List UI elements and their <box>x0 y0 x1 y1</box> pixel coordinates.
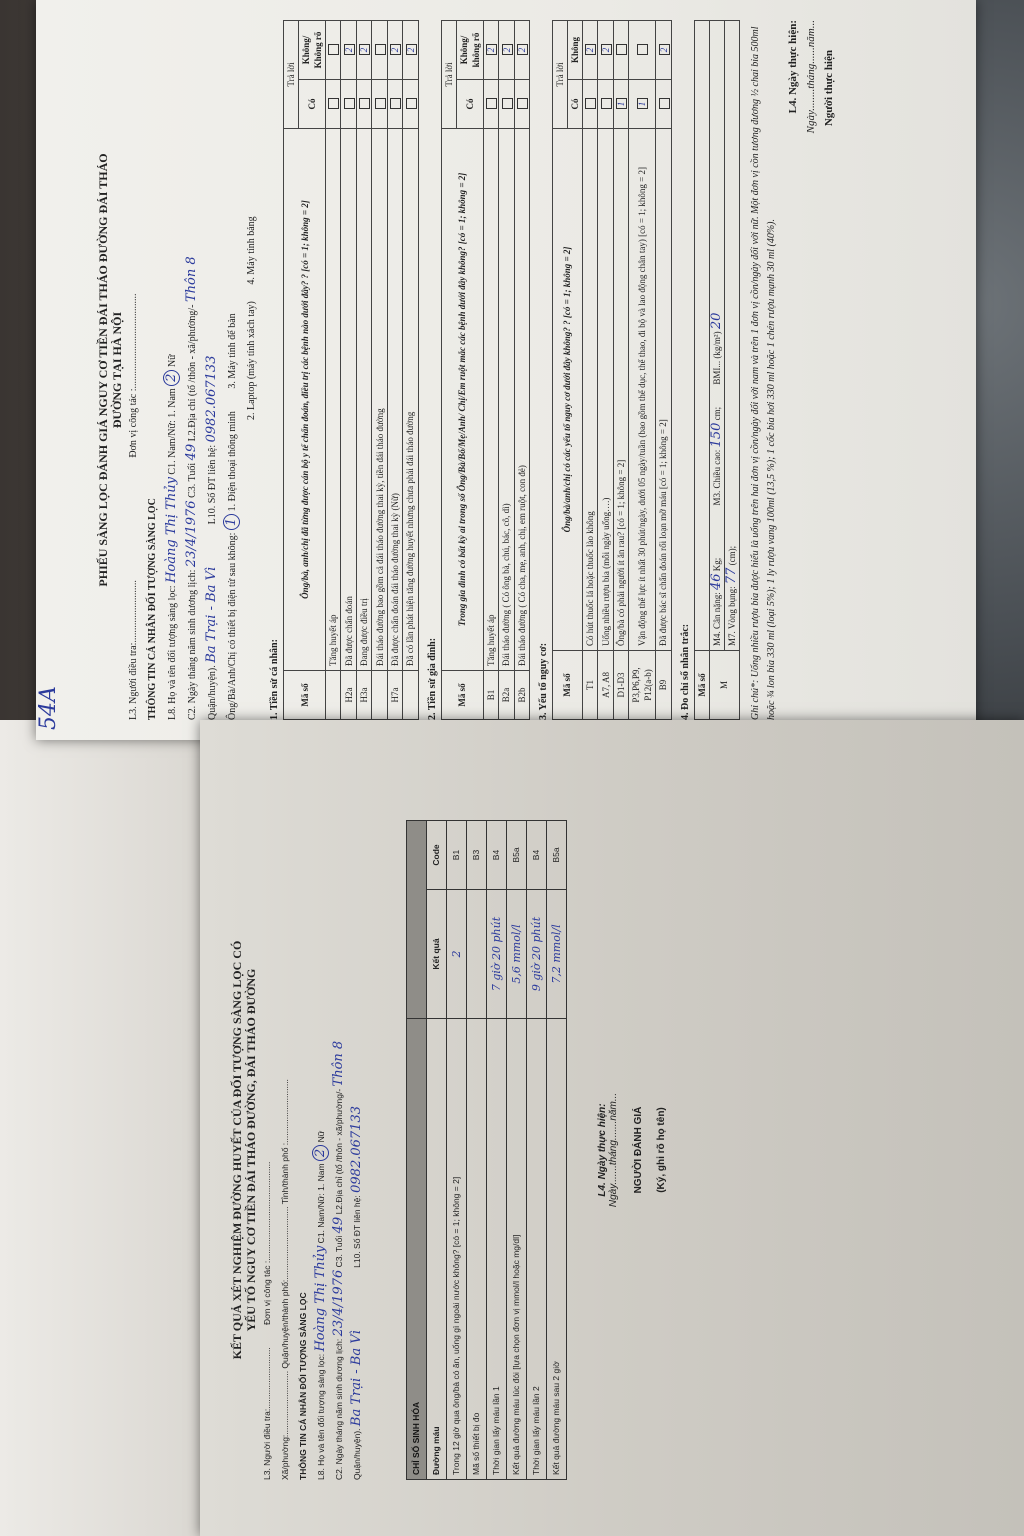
form-b-title: KẾT QUẢ XÉT NGHIỆM ĐƯỜNG HUYẾT CỦA ĐỐI T… <box>230 820 258 1480</box>
personal-info-heading: THÔNG TIN CÁ NHÂN ĐỐI TƯỢNG SÀNG LỌC <box>143 20 162 720</box>
district-row: Quận/huyện). Ba Trại - Ba Vì L10. Số ĐT … <box>202 20 222 720</box>
no-checkbox[interactable]: 2 <box>601 45 612 56</box>
form-title: PHIẾU SÀNG LỌC ĐÁNH GIÁ NGUY CƠ TIỀN ĐÁI… <box>96 20 124 720</box>
biochemistry-table: CHỈ SỐ SINH HÓA Đường máu Kết quả Code T… <box>406 820 567 1480</box>
form-b-info-heading: THÔNG TIN CÁ NHÂN ĐỐI TƯỢNG SÀNG LỌC <box>294 820 312 1480</box>
no-checkbox[interactable]: 2 <box>406 45 417 56</box>
background-paper-stack <box>0 720 230 1536</box>
waist-value[interactable]: 77 <box>724 568 739 585</box>
form-b-dob-value[interactable]: 23/4/1976 <box>331 1270 346 1337</box>
table-row: Tăng huyết áp <box>326 21 341 720</box>
yes-checkbox[interactable] <box>585 99 596 110</box>
yes-checkbox[interactable] <box>517 99 528 110</box>
table-row: H2aĐã được chẩn đoán2 <box>341 21 356 720</box>
table-row: Thời gian lấy máu lần 29 giờ 20 phútB4 <box>527 821 547 1480</box>
bmi-value[interactable]: 20 <box>709 313 724 330</box>
table-row: A7, A8Uống nhiều rượu bia (mỗi ngày uống… <box>598 21 613 720</box>
corner-mark: 54A <box>36 686 61 730</box>
yes-checkbox[interactable] <box>390 99 401 110</box>
yes-checkbox[interactable]: 1 <box>616 99 627 110</box>
no-checkbox[interactable] <box>637 45 648 56</box>
table-row: Kết quả đường máu lúc đói [lựa chọn đơn … <box>507 821 527 1480</box>
investigator-row: L3. Người điều tra:.....................… <box>124 20 143 720</box>
form-b-signature: L4. Ngày thực hiện: Ngày.......tháng....… <box>597 820 667 1480</box>
form-b-address-value[interactable]: Thôn 8 <box>331 1041 346 1087</box>
personal-history-table: Mã số Ông/bà, anh/chị đã từng được cán b… <box>283 20 419 720</box>
table-row: Thời gian lấy máu lần 17 giờ 20 phútB4 <box>487 821 507 1480</box>
signature-block: L4. Ngày thực hiện: Ngày........tháng...… <box>784 20 838 720</box>
yes-checkbox[interactable] <box>328 99 339 110</box>
no-checkbox[interactable]: 2 <box>390 45 401 56</box>
table-row: Trong 12 giờ qua ông/bà có ăn, uống gì n… <box>447 821 467 1480</box>
yes-checkbox[interactable] <box>344 99 355 110</box>
no-checkbox[interactable]: 2 <box>502 45 513 56</box>
table-row: Kết quả đường máu sau 2 giờ7,2 mmol/lB5a <box>547 821 567 1480</box>
yes-checkbox[interactable] <box>375 99 386 110</box>
table-row: B9Đã được bác sĩ chẩn đoán rối loạn mỡ m… <box>656 21 671 720</box>
no-checkbox[interactable] <box>328 45 339 56</box>
phone-value[interactable]: 0982.067133 <box>204 356 219 443</box>
yes-checkbox[interactable] <box>659 99 670 110</box>
table-row: T1Có hút thuốc lá hoặc thuốc lào không2 <box>582 21 597 720</box>
form-b-gender-value[interactable]: 2 <box>312 1145 329 1161</box>
measurements-row: M4. Cân nặng: 46 Kg; M3. Chiều cao: 150 … <box>709 21 724 651</box>
table-row: Đã có lần phát hiện tăng đường huyết như… <box>403 21 418 720</box>
yes-checkbox[interactable]: 1 <box>637 99 648 110</box>
yes-checkbox[interactable] <box>502 99 513 110</box>
height-value[interactable]: 150 <box>709 423 724 448</box>
device-row-2: 2. Laptop (máy tính xách tay) 4. Máy tín… <box>242 20 261 720</box>
section3-heading: 3. Yếu tố nguy cơ: <box>538 20 549 720</box>
section2-heading: 2. Tiền sử gia đình: <box>427 20 438 720</box>
result-value[interactable]: 2 <box>447 890 467 1019</box>
table-row: B2bĐái tháo đường ( Có cha, mẹ, anh, chị… <box>514 21 529 720</box>
name-row: L8. Họ và tên đối tượng sàng lọc: Hoàng … <box>162 20 182 720</box>
no-checkbox[interactable]: 2 <box>517 45 528 56</box>
form-b-name-value[interactable]: Hoàng Thị Thủy <box>313 1246 328 1352</box>
result-value[interactable]: 5,6 mmol/l <box>507 890 527 1019</box>
alcohol-note: Ghi chú*: Uống nhiều rượu bia được hiểu … <box>748 20 780 720</box>
form-b-district-value[interactable]: Ba Trại - Ba Vì <box>349 1330 364 1426</box>
result-value[interactable]: 7 giờ 20 phút <box>487 890 507 1019</box>
section1-heading: 1. Tiền sử cá nhân: <box>269 20 280 720</box>
yes-checkbox[interactable] <box>359 99 370 110</box>
no-checkbox[interactable]: 2 <box>344 45 355 56</box>
no-checkbox[interactable]: 2 <box>359 45 370 56</box>
age-value[interactable]: 49 <box>184 444 199 461</box>
district-value[interactable]: Ba Trại - Ba Vì <box>204 567 219 663</box>
result-value[interactable] <box>467 890 487 1019</box>
blood-test-form-sheet: KẾT QUẢ XÉT NGHIỆM ĐƯỜNG HUYẾT CỦA ĐỐI T… <box>200 720 1024 1536</box>
form-b-age-value[interactable]: 49 <box>331 1217 346 1234</box>
no-checkbox[interactable]: 2 <box>659 45 670 56</box>
no-checkbox[interactable] <box>375 45 386 56</box>
address-value[interactable]: Thôn 8 <box>184 256 199 302</box>
result-value[interactable]: 9 giờ 20 phút <box>527 890 547 1019</box>
device-selected[interactable]: 1 <box>223 514 240 530</box>
blood-test-form-content: KẾT QUẢ XÉT NGHIỆM ĐƯỜNG HUYẾT CỦA ĐỐI T… <box>230 820 667 1480</box>
table-row: B1Tăng huyết áp2 <box>483 21 498 720</box>
table-row: Mã số thiết bị đoB3 <box>467 821 487 1480</box>
table-row: B2aĐái tháo đường ( Có ông bà, chú, bác,… <box>499 21 514 720</box>
no-checkbox[interactable]: 2 <box>486 45 497 56</box>
gender-value[interactable]: 2 <box>163 370 180 386</box>
dob-value[interactable]: 23/4/1976 <box>184 500 199 567</box>
risk-factors-table: Mã số Ông/bà/anh/chị có các yếu tố nguy … <box>552 20 672 720</box>
yes-checkbox[interactable] <box>486 99 497 110</box>
family-history-table: Mã số Trong gia đình có bất kỳ ai trong … <box>441 20 530 720</box>
no-checkbox[interactable]: 2 <box>585 45 596 56</box>
table-row: P3,P6,P9, P12(a-b)Vận động thể lực ít nh… <box>629 21 656 720</box>
anthropometric-table: Mã số M M4. Cân nặng: 46 Kg; M3. Chiều c… <box>694 20 740 720</box>
table-row: H3aĐang được điều trị2 <box>356 21 371 720</box>
name-value[interactable]: Hoàng Thị Thủy <box>164 477 179 583</box>
weight-value[interactable]: 46 <box>709 573 724 590</box>
table-row: D1-D3Ông/bà có phải người ít ăn rau? [có… <box>613 21 628 720</box>
result-value[interactable]: 7,2 mmol/l <box>547 890 567 1019</box>
yes-checkbox[interactable] <box>601 99 612 110</box>
form-b-phone-value[interactable]: 0982.067133 <box>349 1106 364 1193</box>
section4-heading: 4. Đo chỉ số nhân trắc: <box>680 20 691 720</box>
dob-row: C2. Ngày tháng năm sinh dương lịch: 23/4… <box>182 20 202 720</box>
table-row: H7aĐã được chẩn đoán đái tháo đường thai… <box>387 21 402 720</box>
table-row: Đái tháo đường bao gồm cả đái tháo đường… <box>372 21 387 720</box>
screening-form-sheet: 54A PHIẾU SÀNG LỌC ĐÁNH GIÁ NGUY CƠ TIỀN… <box>36 0 976 740</box>
screening-form-content: 54A PHIẾU SÀNG LỌC ĐÁNH GIÁ NGUY CƠ TIỀN… <box>96 20 838 720</box>
no-checkbox[interactable] <box>616 45 627 56</box>
yes-checkbox[interactable] <box>406 99 417 110</box>
device-row: Ông/Bà/Anh/Chị có thiết bị điện tử sau k… <box>222 20 242 720</box>
